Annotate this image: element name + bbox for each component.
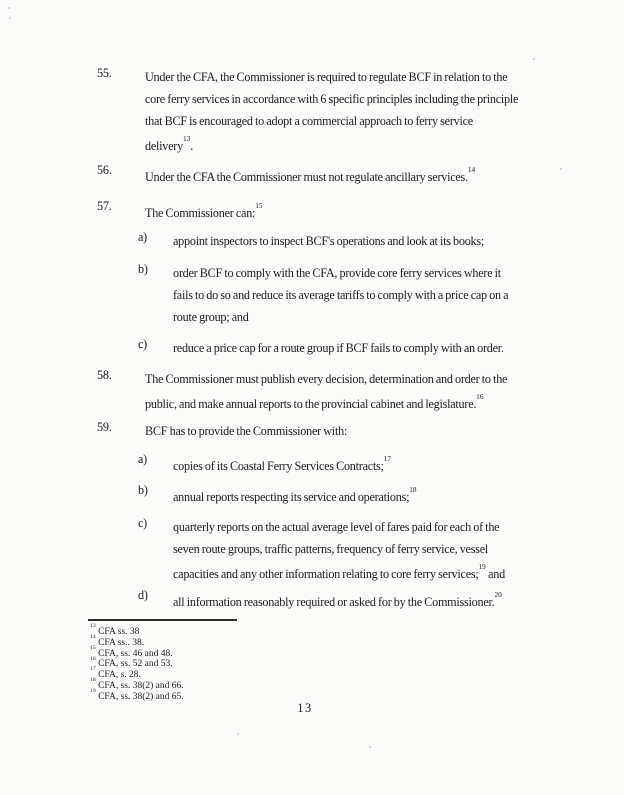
- paragraph-57: 57. The Commissioner can:15: [0, 199, 624, 221]
- footnote-ref: 18: [409, 485, 416, 494]
- subitem-letter: b): [138, 483, 148, 498]
- footnote-ref: 13: [183, 134, 190, 143]
- text-line: annual reports respecting its service an…: [173, 483, 594, 505]
- scan-speck: [8, 7, 10, 9]
- footnote: 14 CFA ss.. 38.: [90, 635, 184, 646]
- paragraph-text: Under the CFA the Commissioner must not …: [145, 163, 584, 185]
- scan-speck: [533, 58, 535, 60]
- footnote-marker: 19: [90, 688, 96, 694]
- line-text: route group; and: [173, 310, 249, 324]
- text-line: that BCF is encouraged to adopt a commer…: [145, 110, 584, 132]
- line-text: annual reports respecting its service an…: [173, 490, 409, 504]
- subitem-57a: a) appoint inspectors to inspect BCF's o…: [0, 230, 624, 252]
- subitem-59a: a) copies of its Coastal Ferry Services …: [0, 452, 624, 474]
- paragraph-text: Under the CFA, the Commissioner is requi…: [145, 66, 584, 154]
- subitem-59b: b) annual reports respecting its service…: [0, 483, 624, 505]
- line-text: .: [190, 139, 193, 153]
- subitem-letter: a): [138, 452, 147, 467]
- line-text: reduce a price cap for a route group if …: [173, 341, 504, 355]
- line-text: capacities and any other information rel…: [173, 567, 478, 581]
- subitem-text: reduce a price cap for a route group if …: [173, 337, 594, 359]
- paragraph-text: The Commissioner must publish every deci…: [145, 368, 584, 412]
- subitem-letter: b): [138, 262, 148, 277]
- line-text: quarterly reports on the actual average …: [173, 520, 499, 534]
- subitem-letter: c): [138, 516, 147, 531]
- footnote-ref: 16: [476, 392, 483, 401]
- page-number: 13: [275, 701, 335, 716]
- paragraph-59: 59. BCF has to provide the Commissioner …: [0, 420, 624, 442]
- footnote-ref: 19: [478, 562, 485, 571]
- subitem-text: appoint inspectors to inspect BCF's oper…: [173, 230, 594, 252]
- footnote-marker: 17: [90, 666, 96, 672]
- paragraph-number: 55.: [97, 66, 111, 81]
- line-text: Under the CFA the Commissioner must not …: [145, 170, 468, 184]
- text-line: seven route groups, traffic patterns, fr…: [173, 538, 594, 560]
- footnote: 15 CFA, ss. 46 and 48.: [90, 646, 184, 657]
- footnote: 13 CFA ss. 38: [90, 624, 184, 635]
- line-text: all information reasonably required or a…: [173, 595, 494, 609]
- footnote: 16 CFA, ss. 52 and 53.: [90, 656, 184, 667]
- footnote-ref: 17: [384, 454, 391, 463]
- text-line: route group; and: [173, 306, 594, 328]
- footnote-ref: 14: [468, 165, 475, 174]
- paragraph-number: 59.: [97, 420, 111, 435]
- line-text: seven route groups, traffic patterns, fr…: [173, 542, 488, 556]
- line-text: The Commissioner can:: [145, 206, 255, 220]
- line-text: delivery: [145, 139, 183, 153]
- paragraph-number: 56.: [97, 163, 111, 178]
- paragraph-text: BCF has to provide the Commissioner with…: [145, 420, 584, 442]
- subitem-letter: d): [138, 588, 148, 603]
- text-line: fails to do so and reduce its average ta…: [173, 284, 594, 306]
- text-line: capacities and any other information rel…: [173, 560, 594, 582]
- footnote-ref: 20: [494, 590, 501, 599]
- scanned-document-page: 55. Under the CFA, the Commissioner is r…: [0, 0, 624, 795]
- footnote-marker: 15: [90, 645, 96, 651]
- text-line: reduce a price cap for a route group if …: [173, 337, 594, 359]
- line-text: order BCF to comply with the CFA, provid…: [173, 266, 501, 280]
- footnote-marker: 16: [90, 656, 96, 662]
- text-line: public, and make annual reports to the p…: [145, 390, 584, 412]
- line-text: BCF has to provide the Commissioner with…: [145, 424, 347, 438]
- footnote-divider: [88, 619, 237, 621]
- scan-speck: [369, 746, 371, 748]
- footnote-text: CFA, ss. 38(2) and 65.: [98, 692, 184, 702]
- text-line: Under the CFA, the Commissioner is requi…: [145, 66, 584, 88]
- line-text: core ferry services in accordance with 6…: [145, 92, 518, 106]
- scan-speck: [237, 733, 239, 735]
- text-line: BCF has to provide the Commissioner with…: [145, 420, 584, 442]
- line-text: copies of its Coastal Ferry Services Con…: [173, 459, 384, 473]
- text-line: order BCF to comply with the CFA, provid…: [173, 262, 594, 284]
- line-text: The Commissioner must publish every deci…: [145, 372, 507, 386]
- footnote: 18 CFA, ss. 38(2) and 66.: [90, 678, 184, 689]
- subitem-57b: b) order BCF to comply with the CFA, pro…: [0, 262, 624, 328]
- text-line: copies of its Coastal Ferry Services Con…: [173, 452, 594, 474]
- line-text: public, and make annual reports to the p…: [145, 397, 476, 411]
- footnotes: 13 CFA ss. 38 14 CFA ss.. 38. 15 CFA, ss…: [90, 624, 184, 700]
- paragraph-56: 56. Under the CFA the Commissioner must …: [0, 163, 624, 185]
- subitem-text: copies of its Coastal Ferry Services Con…: [173, 452, 594, 474]
- text-line: core ferry services in accordance with 6…: [145, 88, 584, 110]
- subitem-59c: c) quarterly reports on the actual avera…: [0, 516, 624, 582]
- subitem-59d: d) all information reasonably required o…: [0, 588, 624, 610]
- subitem-text: order BCF to comply with the CFA, provid…: [173, 262, 594, 328]
- line-text: appoint inspectors to inspect BCF's oper…: [173, 234, 484, 248]
- paragraph-number: 58.: [97, 368, 111, 383]
- footnote: 19 CFA, ss. 38(2) and 65.: [90, 689, 184, 700]
- paragraph-58: 58. The Commissioner must publish every …: [0, 368, 624, 412]
- line-text: and: [486, 567, 505, 581]
- text-line: The Commissioner must publish every deci…: [145, 368, 584, 390]
- scan-speck: [9, 17, 11, 19]
- text-line: delivery13.: [145, 132, 584, 154]
- paragraph-55: 55. Under the CFA, the Commissioner is r…: [0, 66, 624, 154]
- subitem-letter: a): [138, 230, 147, 245]
- text-line: appoint inspectors to inspect BCF's oper…: [173, 230, 594, 252]
- text-line: quarterly reports on the actual average …: [173, 516, 594, 538]
- subitem-text: quarterly reports on the actual average …: [173, 516, 594, 582]
- subitem-text: all information reasonably required or a…: [173, 588, 594, 610]
- footnote-marker: 13: [90, 623, 96, 629]
- text-line: Under the CFA the Commissioner must not …: [145, 163, 584, 185]
- text-line: all information reasonably required or a…: [173, 588, 594, 610]
- footnote-marker: 18: [90, 677, 96, 683]
- scan-speck: [560, 168, 562, 170]
- paragraph-text: The Commissioner can:15: [145, 199, 584, 221]
- footnote-ref: 15: [255, 201, 262, 210]
- subitem-text: annual reports respecting its service an…: [173, 483, 594, 505]
- subitem-57c: c) reduce a price cap for a route group …: [0, 337, 624, 359]
- subitem-letter: c): [138, 337, 147, 352]
- text-line: The Commissioner can:15: [145, 199, 584, 221]
- line-text: Under the CFA, the Commissioner is requi…: [145, 70, 507, 84]
- line-text: fails to do so and reduce its average ta…: [173, 288, 508, 302]
- paragraph-number: 57.: [97, 199, 111, 214]
- line-text: that BCF is encouraged to adopt a commer…: [145, 114, 473, 128]
- footnote-marker: 14: [90, 634, 96, 640]
